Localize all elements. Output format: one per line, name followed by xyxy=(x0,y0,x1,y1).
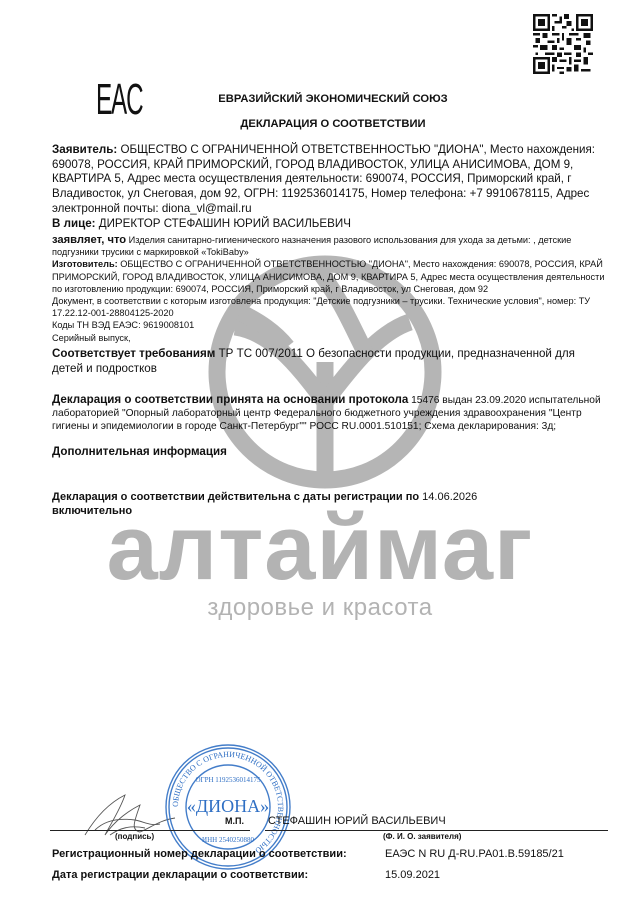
signer-name: СТЕФАШИН ЮРИЙ ВАСИЛЬЕВИЧ xyxy=(268,815,446,827)
seal-placeholder-label: М.П. xyxy=(225,816,244,826)
registration-number-value: ЕАЭС N RU Д-RU.РА01.В.59185/21 xyxy=(385,848,564,860)
declares-section: заявляет, что Изделия санитарно-гигиенич… xyxy=(52,234,608,344)
validity-date: 14.06.2026 xyxy=(419,491,477,503)
protocol-label: Декларация о соответствии принята на осн… xyxy=(52,393,408,406)
signature-line xyxy=(50,830,250,831)
svg-text:ИНН 2540250880: ИНН 2540250880 xyxy=(202,836,254,844)
protocol-section: Декларация о соответствии принята на осн… xyxy=(52,393,608,434)
name-caption: (Ф. И. О. заявителя) xyxy=(383,832,461,841)
complies-label: Соответствует требованиям xyxy=(52,347,215,360)
applicant-section: Заявитель: ОБЩЕСТВО С ОГРАНИЧЕННОЙ ОТВЕТ… xyxy=(52,143,608,231)
applicant-text: ОБЩЕСТВО С ОГРАНИЧЕННОЙ ОТВЕТСТВЕННОСТЬЮ… xyxy=(52,143,595,215)
svg-text:ОГРН 1192536014175: ОГРН 1192536014175 xyxy=(195,776,261,784)
registration-date-value: 15.09.2021 xyxy=(385,869,440,881)
watermark-tagline: здоровье и красота xyxy=(90,594,550,622)
person-text: ДИРЕКТОР СТЕФАШИН ЮРИЙ ВАСИЛЬЕВИЧ xyxy=(96,217,351,230)
additional-info-heading: Дополнительная информация xyxy=(52,445,608,458)
registration-date-label: Дата регистрации декларации о соответств… xyxy=(52,869,308,881)
signature-caption: (подпись) xyxy=(115,832,154,841)
union-title: ЕВРАЗИЙСКИЙ ЭКОНОМИЧЕСКИЙ СОЮЗ xyxy=(0,93,636,105)
document-title: ДЕКЛАРАЦИЯ О СООТВЕТСТВИИ xyxy=(0,118,636,130)
manufacturer-text: ОБЩЕСТВО С ОГРАНИЧЕННОЙ ОТВЕТСТВЕННОСТЬЮ… xyxy=(52,259,604,293)
validity-section: Декларация о соответствии действительна … xyxy=(52,490,608,518)
complies-section: Соответствует требованиям ТР ТС 007/2011… xyxy=(52,347,608,376)
hs-codes: Коды ТН ВЭД ЕАЭС: 9619008101 xyxy=(52,320,194,330)
manufacturer-label: Изготовитель: xyxy=(52,259,118,269)
svg-text:«ДИОНА»: «ДИОНА» xyxy=(187,796,269,816)
person-label: В лице: xyxy=(52,217,96,230)
declares-label: заявляет, что xyxy=(52,234,126,246)
registration-number-label: Регистрационный номер декларации о соотв… xyxy=(52,848,347,860)
applicant-label: Заявитель: xyxy=(52,143,117,156)
validity-label: Декларация о соответствии действительна … xyxy=(52,491,419,503)
qr-code-icon xyxy=(533,14,593,74)
name-line xyxy=(265,830,608,831)
serial-release: Серийный выпуск, xyxy=(52,333,131,343)
standard-document: Документ, в соответствии с которым изгот… xyxy=(52,296,590,318)
product-text: Изделия санитарно-гигиенического назначе… xyxy=(52,235,571,257)
validity-suffix: включительно xyxy=(52,505,132,517)
